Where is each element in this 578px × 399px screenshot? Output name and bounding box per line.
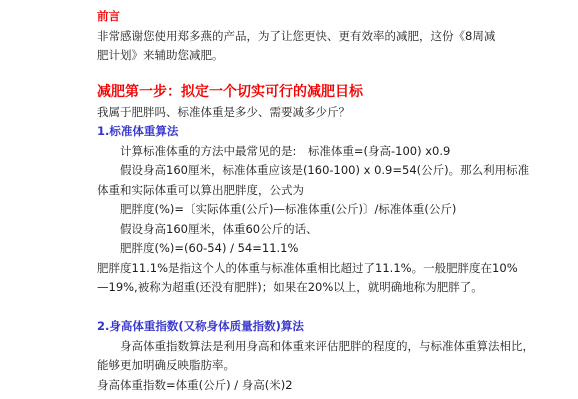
method1-formula-line: 肥胖度(%)=(60-54) / 54=11.1% <box>97 239 517 259</box>
blank-line <box>97 298 517 318</box>
step1-heading: 减肥第一步：拟定一个切实可行的减肥目标 <box>97 82 517 103</box>
method1-example-line: 假设身高160厘米，标准体重应该是(160-100) x 0.9=54(公斤)。… <box>97 161 517 181</box>
method1-explanation-line: 肥胖度11.1%是指这个人的体重与标准体重相比超过了11.1%。一般肥胖度在10… <box>97 259 517 279</box>
step1-intro-line: 我属于肥胖吗、标准体重是多少、需要减多少斤？ <box>97 103 517 123</box>
method1-formula-line: 肥胖度(%)=〔实际体重(公斤)—标准体重(公斤)〕/标准体重(公斤) <box>97 200 517 220</box>
method2-explanation-line: 能够更加明确反映脂肪率。 <box>97 356 517 376</box>
method2-explanation-line: 身高体重指数算法是利用身高和体重来评估肥胖的程度的，与标准体重算法相比， <box>97 337 517 357</box>
preface-body-line: 非常感谢您使用郑多燕的产品，为了让您更快、更有效率的减肥，这份《8周减 <box>97 27 517 47</box>
preface-heading: 前言 <box>97 7 517 27</box>
preface-body-line: 肥计划》来辅助您减肥。 <box>97 46 517 66</box>
method1-formula-line: 计算标准体重的方法中最常见的是: 标准体重=(身高-100) x0.9 <box>97 142 517 162</box>
method2-formula-line: 身高体重指数=体重(公斤) / 身高(米)2 <box>97 376 517 396</box>
method1-example-line: 体重和实际体重可以算出肥胖度，公式为 <box>97 181 517 201</box>
method2-heading: 2.身高体重指数(又称身体质量指数)算法 <box>97 317 517 337</box>
method1-heading: 1.标准体重算法 <box>97 122 517 142</box>
method1-example-line: 假设身高160厘米，体重60公斤的话、 <box>97 220 517 240</box>
blank-line <box>97 66 517 82</box>
method1-explanation-line: —19%,被称为超重(还没有肥胖)；如果在20%以上，就明确地称为肥胖了。 <box>97 278 517 298</box>
weight-loss-plan-document: 前言 非常感谢您使用郑多燕的产品，为了让您更快、更有效率的减肥，这份《8周减 肥… <box>97 7 517 395</box>
